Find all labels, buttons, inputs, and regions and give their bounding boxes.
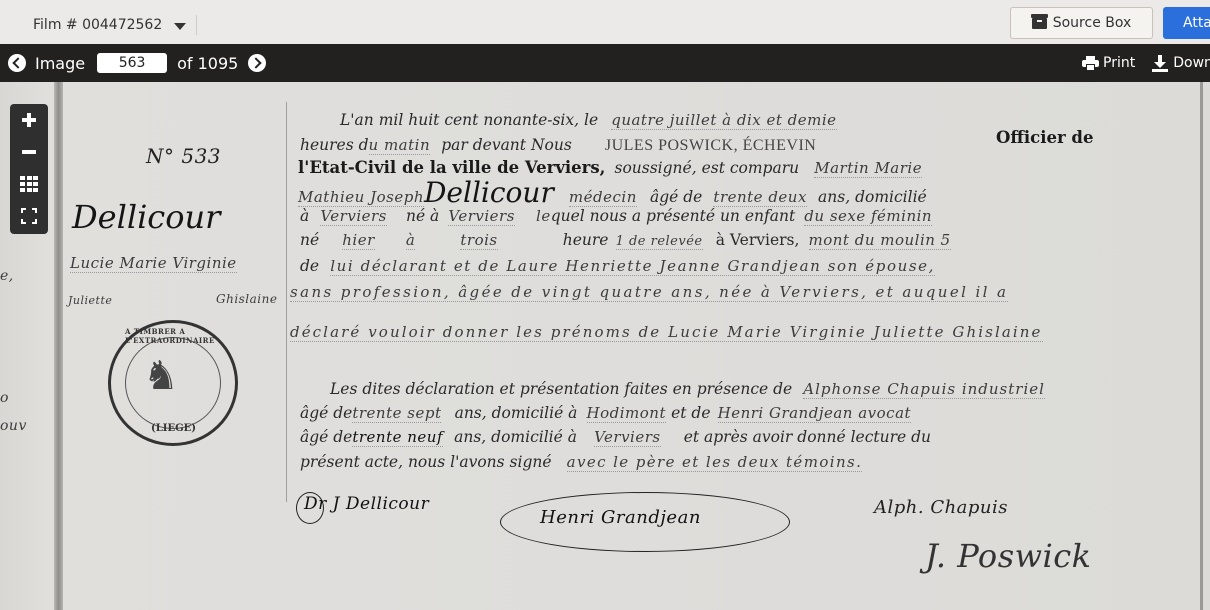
image-label: Image — [35, 54, 85, 73]
record-line: Officier de — [996, 128, 1093, 147]
page-binding — [54, 82, 63, 610]
zoom-in-button[interactable] — [10, 104, 48, 136]
image-number-input[interactable] — [97, 53, 167, 73]
gallery-view-button[interactable] — [10, 168, 48, 200]
divider — [196, 15, 197, 35]
record-line: heures du matin par devant Nous JULES PO… — [300, 135, 816, 155]
signature: Henri Grandjean — [540, 507, 701, 528]
print-button[interactable]: Print — [1103, 55, 1135, 71]
record-line: âgé detrente neuf ans, domicilié à Vervi… — [300, 427, 931, 446]
zoom-controls — [10, 104, 48, 234]
record-line: l'Etat-Civil de la ville de Verviers, so… — [298, 158, 922, 177]
record-line: sans profession, âgée de vingt quatre an… — [290, 282, 1008, 301]
record-line: né hier à trois heure 1 de relevée à Ver… — [300, 230, 951, 249]
minus-icon — [22, 150, 36, 154]
signature: Alph. Chapuis — [874, 497, 1008, 518]
left-page-fragment: o — [0, 390, 9, 406]
attach-button[interactable]: Attach — [1163, 7, 1210, 39]
margin-given-names: Juliette — [68, 294, 112, 307]
download-icon[interactable] — [1152, 55, 1168, 72]
left-page-fragment: e, — [0, 268, 14, 284]
lion-emblem-icon: ♞ — [143, 353, 179, 399]
zoom-out-button[interactable] — [10, 136, 48, 168]
margin-given-names: Ghislaine — [216, 292, 277, 306]
record-line: à Verviers né à Verviers lequel nous a p… — [300, 206, 932, 225]
fullscreen-icon — [21, 208, 37, 224]
record-line: déclaré vouloir donner les prénoms de Lu… — [290, 322, 1043, 341]
record-line: présent acte, nous l'avons signé avec le… — [300, 452, 862, 471]
record-line: Mathieu JosephDellicour médecin âgé de t… — [298, 176, 927, 209]
download-button[interactable]: Download — [1173, 55, 1210, 71]
grid-icon — [20, 176, 38, 192]
page-edge — [1200, 82, 1203, 610]
image-viewer[interactable]: e, o ouv N° 533 Dellicour Lucie Marie Vi… — [0, 82, 1210, 610]
film-selector[interactable]: Film # 004472562 — [33, 15, 197, 35]
source-box-button[interactable]: Source Box — [1010, 7, 1153, 39]
record-number: N° 533 — [146, 144, 221, 168]
source-box-label: Source Box — [1053, 15, 1132, 31]
print-icon[interactable] — [1082, 56, 1099, 71]
record-line: Les dites déclaration et présentation fa… — [330, 379, 1045, 398]
document-image: e, o ouv N° 533 Dellicour Lucie Marie Vi… — [0, 82, 1210, 610]
record-line: de lui déclarant et de Laure Henriette J… — [300, 256, 935, 275]
official-stamp: A TIMBRER A L'EXTRAORDINAIRE ♞ (LIEGE) — [108, 320, 238, 446]
signature: Dr J Dellicour — [304, 494, 429, 514]
fullscreen-button[interactable] — [10, 200, 48, 232]
film-number: Film # 004472562 — [33, 17, 162, 33]
left-page-fragment: ouv — [0, 418, 27, 434]
chevron-down-icon[interactable] — [174, 23, 186, 30]
next-image-icon[interactable] — [248, 54, 266, 72]
image-total: of 1095 — [177, 54, 238, 73]
image-nav-bar: Image of 1095 Print Download — [0, 44, 1210, 82]
signature: J. Poswick — [925, 537, 1092, 575]
archive-box-icon — [1032, 18, 1047, 29]
record-line: âgé detrente sept ans, domicilié à Hodim… — [300, 403, 911, 422]
margin-surname: Dellicour — [72, 198, 220, 236]
record-line: L'an mil huit cent nonante-six, le quatr… — [340, 110, 837, 129]
previous-image-icon[interactable] — [8, 54, 26, 72]
margin-divider — [286, 102, 287, 502]
top-bar: Film # 004472562 Source Box Attach — [0, 0, 1210, 44]
margin-given-names: Lucie Marie Virginie — [70, 254, 237, 273]
attach-label: Attach — [1183, 15, 1210, 31]
